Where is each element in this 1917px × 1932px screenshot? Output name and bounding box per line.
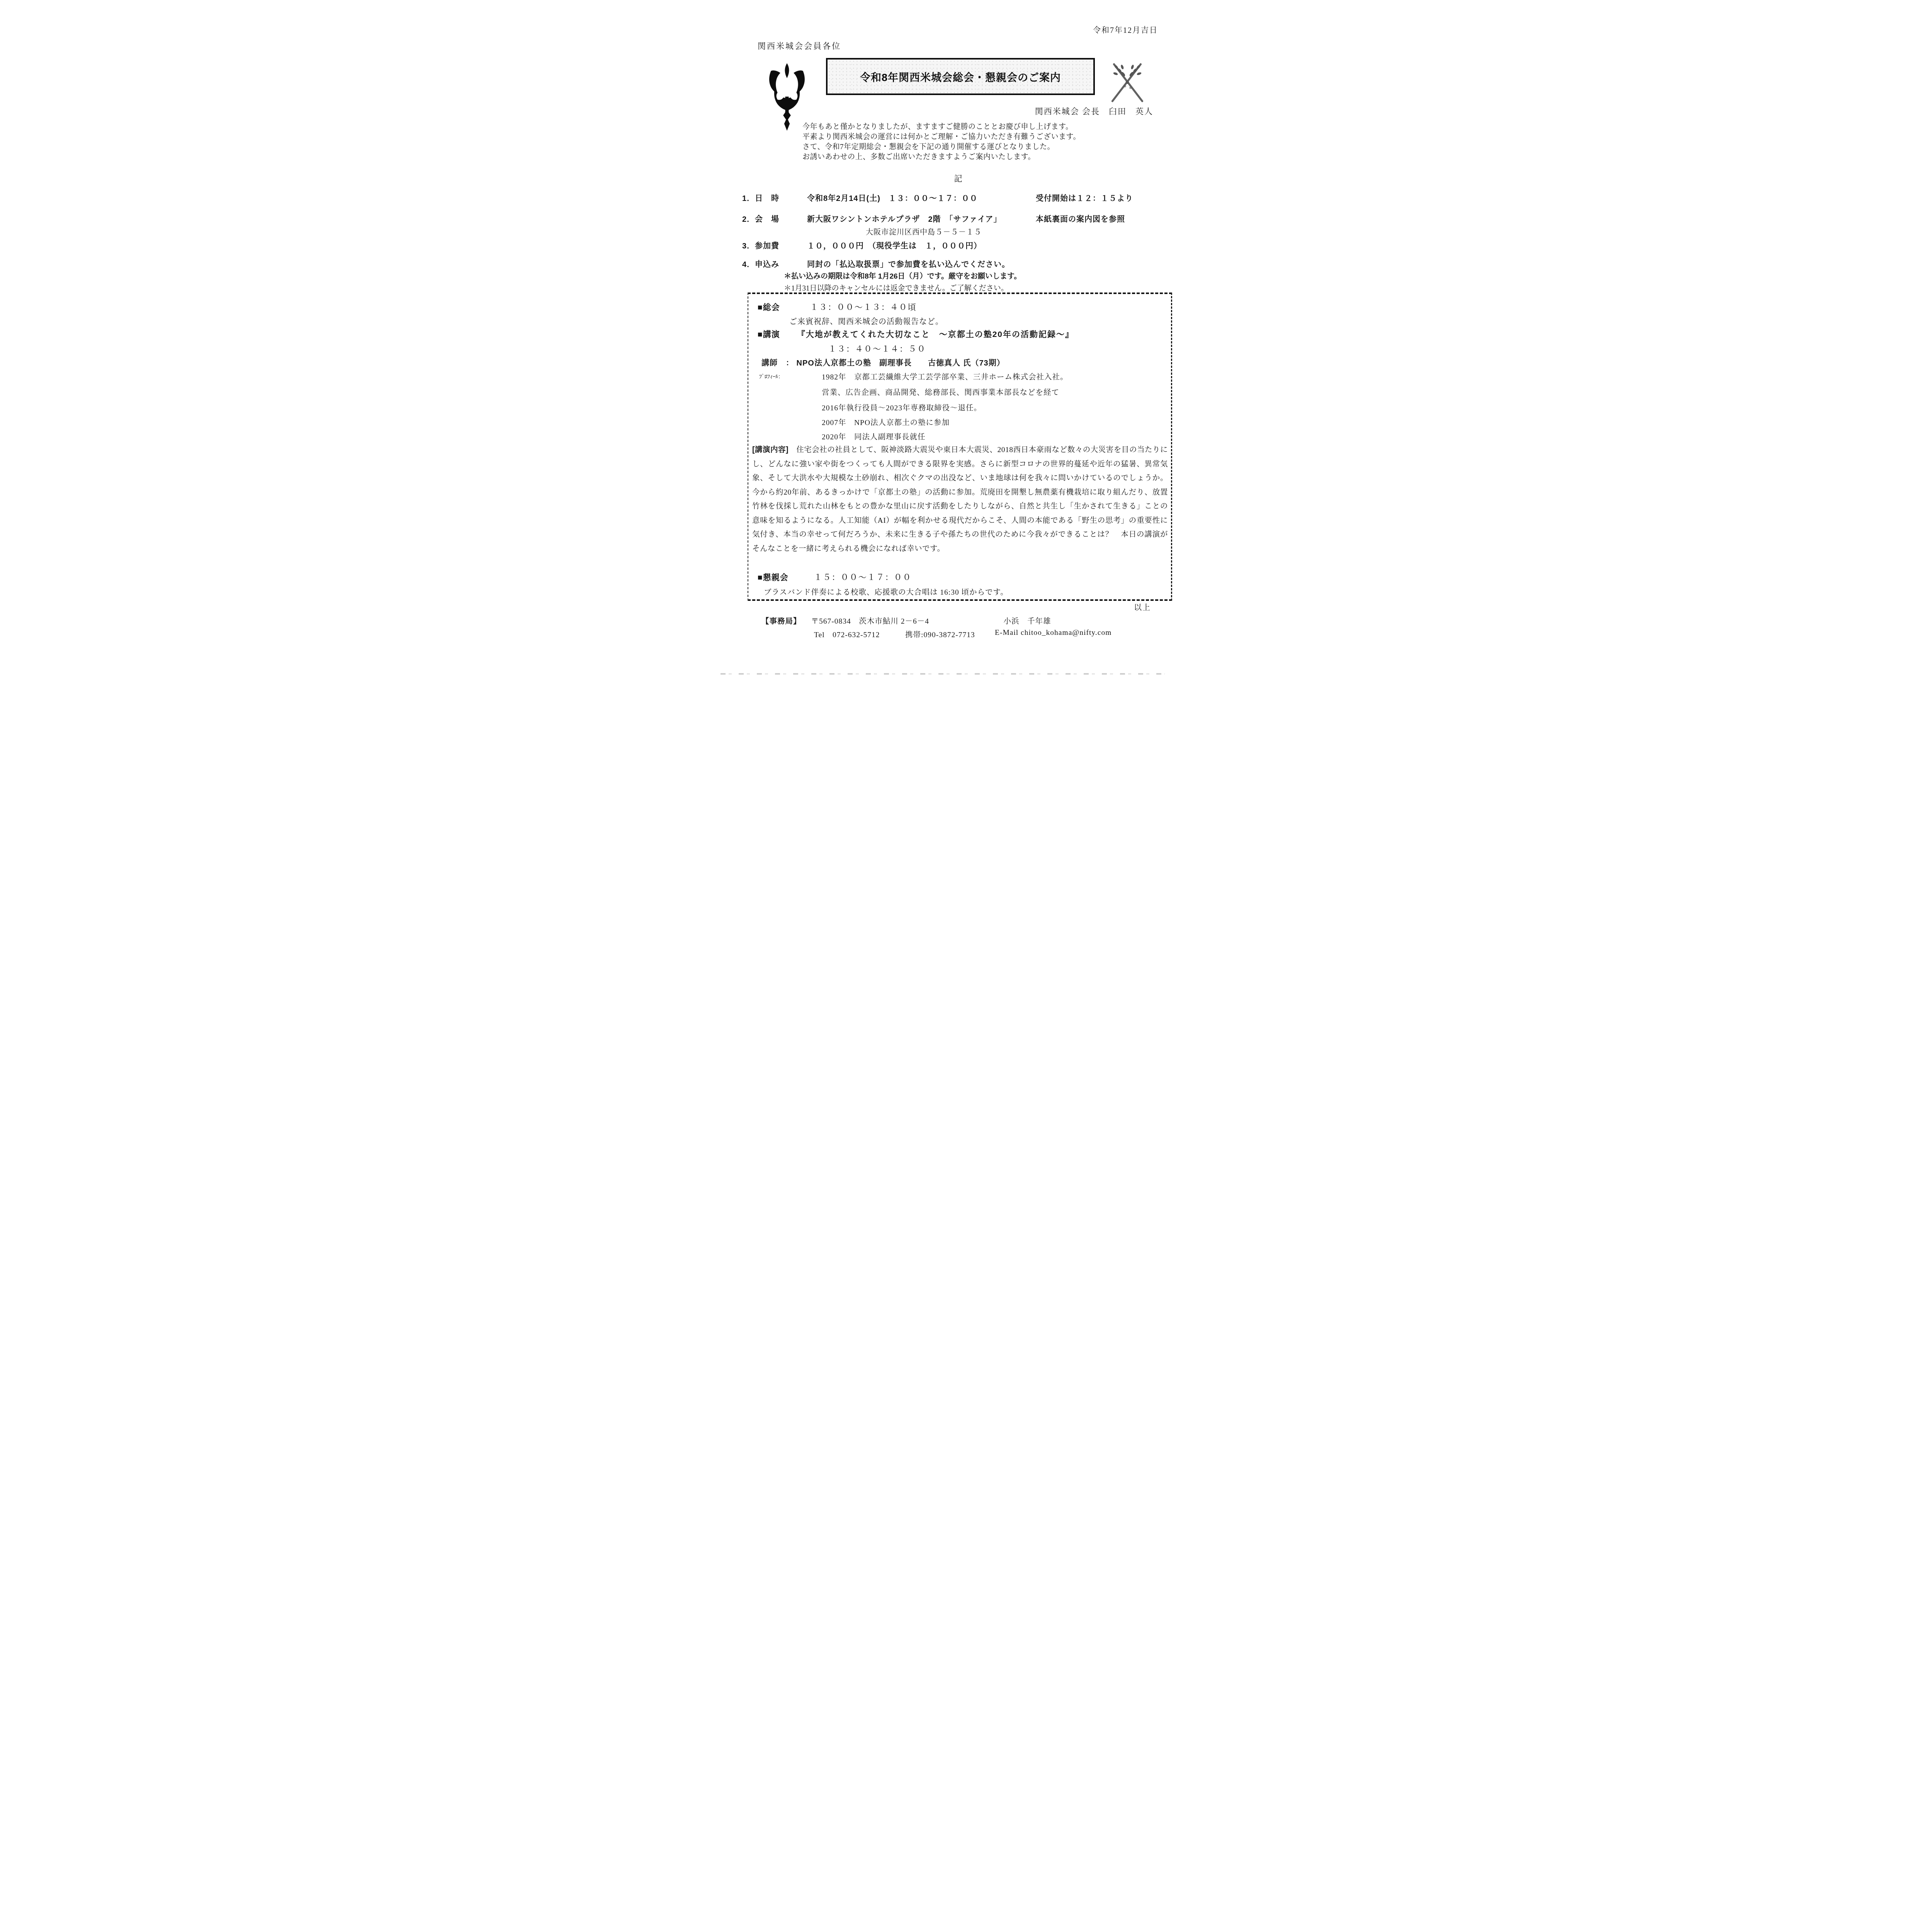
item-label: 1．日 時: [742, 192, 807, 203]
cancel-policy-note: ＊1月31日以降のキャンセルには返金できません。ご了解ください。: [784, 282, 1008, 293]
title-box: 令和8年関西米城会総会・懇親会のご案内: [826, 58, 1095, 95]
lecture-summary-text: 住宅会社の社員として、阪神淡路大震災や東日本大震災、2018西日本豪雨など数々の…: [752, 446, 1168, 553]
general-meeting-time: １３：００～１３：４０頃: [810, 301, 917, 313]
greeting-paragraph: 今年もあと僅かとなりましたが、ますますご健勝のこととお慶び申し上げます。 平素よ…: [802, 122, 1081, 162]
closing-mark: 以上: [1134, 601, 1151, 612]
office-contact-name: 小浜 千年雄: [1004, 615, 1051, 626]
item-label: 2．会 場: [742, 213, 807, 224]
general-meeting-label: ■総会: [758, 301, 780, 313]
greeting-line: さて、令和7年定期総会・懇親会を下記の通り開催する運びとなりました。: [802, 142, 1081, 152]
item-value: １０，０００円 （現役学生は １，０００円）: [807, 240, 1036, 251]
document-page: 令和7年12月吉日 関西米城会会員各位 令和8年関西米城会総会・懇親会のご案内: [719, 0, 1198, 677]
banquet-label: ■懇親会: [758, 571, 789, 583]
lecture-label: ■講演: [758, 328, 780, 340]
office-label: 【事務局】: [761, 615, 801, 626]
office-tel: Tel 072-632-5712: [814, 629, 905, 639]
office-mobile: 携帯:090-3872-7713: [905, 629, 995, 639]
issue-date: 令和7年12月吉日: [1093, 24, 1158, 35]
office-line: 【事務局】 〒567-0834 茨木市鮎川 2－6－4 小浜 千年雄: [761, 615, 1051, 626]
banquet-row: ■懇親会 １５：００～１７：００: [758, 571, 912, 583]
profile-line: 営業、広告企画、商品開発、総務部長、関西事業本部長などを経て: [822, 386, 1059, 397]
office-address: 〒567-0834 茨木市鮎川 2－6－4: [811, 615, 1004, 626]
item-label: 3．参加費: [742, 240, 807, 251]
lecture-summary-label: [講演内容]: [752, 446, 789, 454]
profile-line: 2007年 NPO法人京都土の塾に参加: [822, 417, 950, 427]
payment-deadline-note: ＊払い込みの期限は令和8年 1月26日（月）です。厳守をお願いします。: [784, 270, 1021, 281]
item-venue: 2．会 場 新大阪ワシントンホテルプラザ 2階 「サファイア」 本紙裏面の案内図…: [742, 213, 1125, 224]
item-value: 令和8年2月14日(土) １３：００～１７：００: [807, 192, 1036, 203]
scan-noise-strip: [721, 673, 1165, 675]
profile-line: 2020年 同法人副理事長就任: [822, 431, 926, 442]
page-title: 令和8年関西米城会総会・懇親会のご案内: [860, 69, 1061, 84]
profile-line: 1982年 京都工芸繊維大学工芸学部卒業、三井ホーム株式会社入社。: [822, 371, 1068, 382]
addressee-line: 関西米城会会員各位: [758, 40, 841, 51]
greeting-line: お誘いあわせの上、多数ご出席いただきますようご案内いたします。: [802, 152, 1081, 162]
lecturer-line: 講師 ： NPO法人京都土の塾 副理事長 古徳真人 氏（73期）: [761, 357, 1005, 368]
item-application: 4．申込み 同封の「払込取扱票」で参加費を払い込んでください。: [742, 258, 1036, 269]
lecture-time: １３：４０～１４：５０: [828, 343, 926, 354]
lecture-row: ■講演 『大地が教えてくれた大切なこと ～京都土の塾20年の活動記録～』: [758, 328, 1074, 340]
president-line: 関西米城会 会長 臼田 英人: [1035, 105, 1153, 117]
item-value: 同封の「払込取扱票」で参加費を払い込んでください。: [807, 258, 1036, 269]
lecture-summary: [講演内容] 住宅会社の社員として、阪神淡路大震災や東日本大震災、2018西日本…: [752, 443, 1168, 556]
item-note: 本紙裏面の案内図を参照: [1036, 213, 1125, 224]
general-meeting-row: ■総会 １３：００～１３：４０頃: [758, 301, 917, 313]
general-meeting-desc: ご来賓祝辞、関西米城会の活動報告など。: [789, 315, 943, 327]
item-value: 新大阪ワシントンホテルプラザ 2階 「サファイア」: [807, 213, 1036, 224]
lecture-title: 『大地が教えてくれた大切なこと ～京都土の塾20年の活動記録～』: [797, 328, 1074, 340]
item-label: 4．申込み: [742, 258, 807, 269]
item-datetime: 1．日 時 令和8年2月14日(土) １３：００～１７：００ 受付開始は１２：１…: [742, 192, 1133, 203]
greeting-line: 平素より関西米城会の運営には何かとご理解・ご協力いただき有難うございます。: [802, 132, 1081, 142]
office-email: E-Mail chitoo_kohama@nifty.com: [995, 629, 1111, 639]
profile-label: ﾌﾟﾛﾌｨｰﾙ：: [759, 372, 783, 380]
office-contact-line: Tel 072-632-5712 携帯:090-3872-7713 E-Mail…: [814, 629, 1111, 639]
greeting-line: 今年もあと僅かとなりましたが、ますますご健勝のこととお慶び申し上げます。: [802, 122, 1081, 132]
banquet-desc: ブラスバンド伴奏による校歌、応援歌の大合唱は 16:30 頃からです。: [764, 586, 1008, 597]
school-crest-icon: [766, 59, 808, 134]
rice-ears-icon: [1104, 56, 1151, 107]
profile-line: 2016年執行役員～2023年専務取締役～退任。: [822, 402, 982, 413]
banquet-time: １５：００～１７：００: [814, 571, 912, 583]
venue-address: 大阪市淀川区西中島５－５－１５: [866, 226, 982, 237]
item-note: 受付開始は１２：１５より: [1036, 192, 1133, 203]
record-mark: 記: [719, 172, 1198, 184]
item-fee: 3．参加費 １０，０００円 （現役学生は １，０００円）: [742, 240, 1036, 251]
